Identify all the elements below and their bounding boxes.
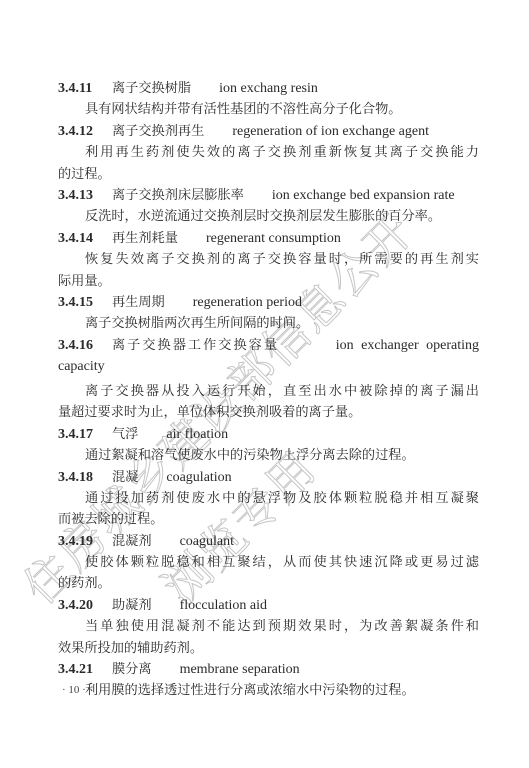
term-number: 3.4.16 <box>58 335 112 356</box>
term-definition: 离子交换树脂两次再生所间隔的时间。 <box>58 313 479 334</box>
term-definition: 离子交换器从投入运行开始，直至出水中被除掉的离子漏出 <box>58 381 479 402</box>
term-en: regeneration of ion exchange agent <box>232 124 429 139</box>
term-definition: 反洗时，水逆流通过交换剂层时交换剂层发生膨胀的百分率。 <box>58 206 479 227</box>
term-en: coagulant <box>180 534 234 549</box>
term-number: 3.4.18 <box>58 467 112 488</box>
term-number: 3.4.12 <box>58 121 112 142</box>
term-en: ion exchang resin <box>219 81 318 96</box>
term-en-cont: capacity <box>58 356 479 377</box>
page-number: · 10 · <box>62 684 86 696</box>
term-definition-cont: 际用量。 <box>58 271 479 292</box>
term-cn: 离子交换剂床层膨胀率 <box>112 185 244 206</box>
term-cn: 膜分离 <box>112 659 152 680</box>
term-heading: 3.4.17气浮air floation <box>58 424 479 445</box>
term-definition-cont: 量超过要求时为止，单位体积交换剂吸着的离子量。 <box>58 402 479 423</box>
term-number: 3.4.21 <box>58 659 112 680</box>
term-cn: 混凝 <box>112 467 138 488</box>
term-heading: 3.4.13离子交换剂床层膨胀率ion exchange bed expansi… <box>58 185 479 206</box>
term-definition: 恢复失效离子交换剂的离子交换容量时，所需要的再生剂实 <box>58 249 479 270</box>
document-page: 3.4.11离子交换树脂ion exchang resin 具有网状结构并带有活… <box>58 78 479 702</box>
term-definition: 使胶体颗粒脱稳和相互聚结，从而使其快速沉降或更易过滤 <box>58 552 479 573</box>
term-number: 3.4.15 <box>58 292 112 313</box>
term-cn: 再生周期 <box>112 292 165 313</box>
term-number: 3.4.13 <box>58 185 112 206</box>
term-cn: 离子交换器工作交换容量 <box>112 335 279 356</box>
term-heading: 3.4.20助凝剂flocculation aid <box>58 595 479 616</box>
term-cn: 混凝剂 <box>112 531 152 552</box>
term-definition: 当单独使用混凝剂不能达到预期效果时，为改善絮凝条件和 <box>58 616 479 637</box>
term-en: ion exchange bed expansion rate <box>272 188 455 203</box>
term-heading: 3.4.11离子交换树脂ion exchang resin <box>58 78 479 99</box>
term-number: 3.4.14 <box>58 228 112 249</box>
term-heading: 3.4.15再生周期regeneration period <box>58 292 479 313</box>
term-en: air floation <box>166 427 228 442</box>
term-definition: 利用再生药剂使失效的离子交换剂重新恢复其离子交换能力 <box>58 142 479 163</box>
term-en: regenerant consumption <box>206 231 341 246</box>
term-heading: 3.4.14再生剂耗量regenerant consumption <box>58 228 479 249</box>
term-heading: 3.4.19混凝剂coagulant <box>58 531 479 552</box>
term-number: 3.4.20 <box>58 595 112 616</box>
term-cn: 再生剂耗量 <box>112 228 178 249</box>
term-definition-cont: 的过程。 <box>58 164 479 185</box>
term-definition-cont: 效果所投加的辅助药剂。 <box>58 638 479 659</box>
term-definition: 通过絮凝和溶气使废水中的污染物上浮分离去除的过程。 <box>58 445 479 466</box>
term-en: ion exchanger operating <box>336 335 479 356</box>
term-heading: 3.4.12离子交换剂再生regeneration of ion exchang… <box>58 121 479 142</box>
term-cn: 助凝剂 <box>112 595 152 616</box>
term-number: 3.4.19 <box>58 531 112 552</box>
term-heading: 3.4.18混凝coagulation <box>58 467 479 488</box>
term-number: 3.4.11 <box>58 78 112 99</box>
term-definition: 通过投加药剂使废水中的悬浮物及胶体颗粒脱稳并相互凝聚 <box>58 488 479 509</box>
term-en: flocculation aid <box>180 598 267 613</box>
term-cn: 离子交换树脂 <box>112 78 191 99</box>
term-heading: 3.4.16离子交换器工作交换容量ion exchanger operating <box>58 335 479 356</box>
term-cn: 气浮 <box>112 424 138 445</box>
term-heading: 3.4.21膜分离membrane separation <box>58 659 479 680</box>
term-en: membrane separation <box>180 662 300 677</box>
term-number: 3.4.17 <box>58 424 112 445</box>
term-en: coagulation <box>166 470 231 485</box>
term-definition: 利用膜的选择透过性进行分离或浓缩水中污染物的过程。 <box>58 680 479 701</box>
term-cn: 离子交换剂再生 <box>112 121 204 142</box>
term-definition-cont: 的药剂。 <box>58 573 479 594</box>
term-en: regeneration period <box>193 295 302 310</box>
term-definition-cont: 而被去除的过程。 <box>58 509 479 530</box>
term-definition: 具有网状结构并带有活性基团的不溶性高分子化合物。 <box>58 99 479 120</box>
